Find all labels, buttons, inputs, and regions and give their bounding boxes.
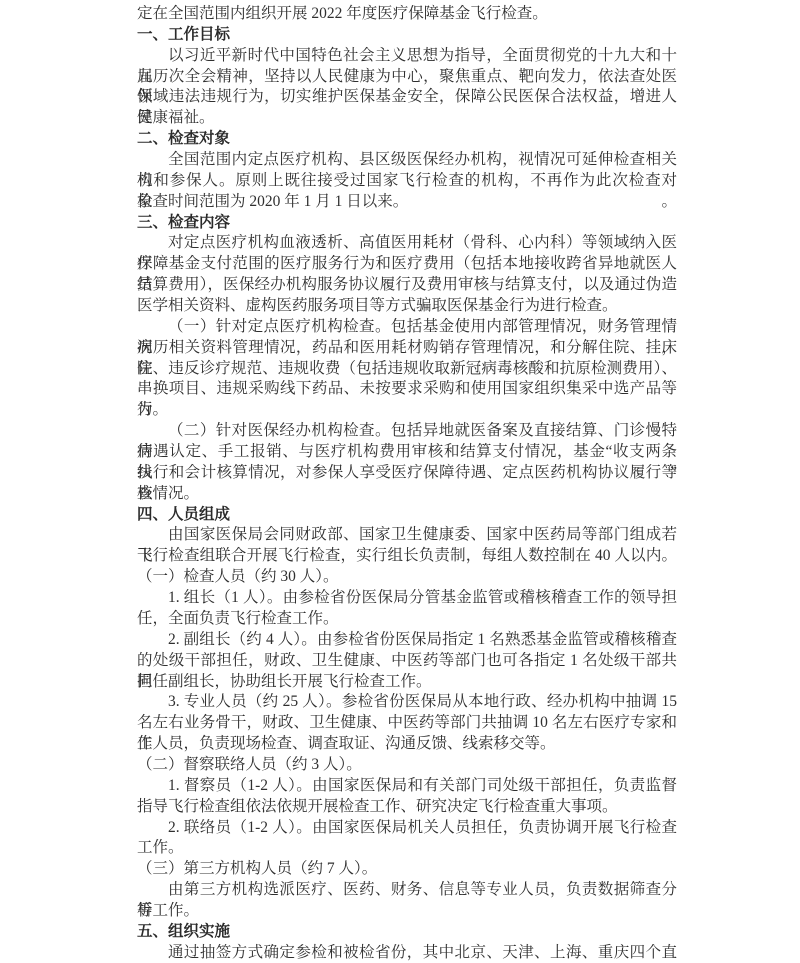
document-body: 定在全国范围内组织开展 2022 年度医疗保障基金飞行检查。一、工作目标以习近平…: [137, 4, 677, 963]
text-line: 指导飞行检查组依法依规开展检查工作、研究决定飞行检查重大事项。: [137, 797, 677, 818]
text-line: （三）第三方机构人员（约 7 人）。: [137, 859, 677, 880]
text-line: 领域违法违规行为，切实维护医保基金安全，保障公民医保合法权益，增进人民: [137, 87, 677, 108]
text-line: 名左右业务骨干，财政、卫生健康、中医药等部门共抽调 10 名左右医疗专家和工: [137, 713, 677, 734]
text-line: （一）检查人员（约 30 人）。: [137, 567, 677, 588]
document-page: 定在全国范围内组织开展 2022 年度医疗保障基金飞行检查。一、工作目标以习近平…: [0, 0, 800, 963]
text-line: 全国范围内定点医疗机构、县区级医保经办机构，视情况可延伸检查相关机: [137, 150, 677, 171]
text-line: 院、违反诊疗规范、违规收费（包括违规收取新冠病毒核酸和抗原检测费用）、: [137, 359, 677, 380]
text-line: 由第三方机构选派医疗、医药、财务、信息等专业人员，负责数据筛查分析: [137, 880, 677, 901]
text-line: 通过抽签方式确定参检和被检省份，其中北京、天津、上海、重庆四个直辖: [137, 943, 677, 963]
text-line: 2. 副组长（约 4 人）。由参检省份医保局指定 1 名熟悉基金监管或稽核稽查: [137, 630, 677, 651]
text-line: 保障基金支付范围的医疗服务行为和医疗费用（包括本地接收跨省异地就医人员: [137, 254, 677, 275]
text-line: 的处级干部担任，财政、卫生健康、中医药等部门也可各指定 1 名处级干部共同: [137, 651, 677, 672]
text-line: 定在全国范围内组织开展 2022 年度医疗保障基金飞行检查。: [137, 4, 677, 25]
text-line: 2. 联络员（1-2 人）。由国家医保局机关人员担任，负责协调开展飞行检查: [137, 818, 677, 839]
text-line: 1. 组长（1 人）。由参检省份医保局分管基金监管或稽核稽查工作的领导担: [137, 588, 677, 609]
text-line: 查情况。: [137, 484, 677, 505]
text-line: 结算费用），医保经办机构服务协议履行及费用审核与结算支付，以及通过伪造: [137, 275, 677, 296]
section-heading: 四、人员组成: [137, 505, 677, 526]
section-heading: 三、检查内容: [137, 213, 677, 234]
text-line: （二）督察联络人员（约 3 人）。: [137, 755, 677, 776]
text-line: 病历相关资料管理情况，药品和医用耗材购销存管理情况，和分解住院、挂床住: [137, 338, 677, 359]
text-line: 工作。: [137, 838, 677, 859]
text-line: 届历次全会精神，坚持以人民健康为中心，聚焦重点、靶向发力，依法查处医保: [137, 67, 677, 88]
text-line: 以习近平新时代中国特色社会主义思想为指导，全面贯彻党的十九大和十九: [137, 46, 677, 67]
text-line: 待遇认定、手工报销、与医疗机构费用审核和结算支付情况，基金“收支两条线”: [137, 442, 677, 463]
text-line: 执行和会计核算情况，对参保人享受医疗保障待遇、定点医药机构协议履行等核: [137, 463, 677, 484]
text-line: （一）针对定点医疗机构检查。包括基金使用内部管理情况，财务管理情况，: [137, 317, 677, 338]
text-line: 担任副组长，协助组长开展飞行检查工作。: [137, 672, 677, 693]
text-line: 1. 督察员（1-2 人）。由国家医保局和有关部门司处级干部担任，负责监督: [137, 776, 677, 797]
text-line: 健康福祉。: [137, 108, 677, 129]
text-line: 对定点医疗机构血液透析、高值医用耗材（骨科、心内科）等领域纳入医疗: [137, 233, 677, 254]
text-line: 由国家医保局会同财政部、国家卫生健康委、国家中医药局等部门组成若干: [137, 525, 677, 546]
section-heading: 一、工作目标: [137, 25, 677, 46]
text-line: 飞行检查组联合开展飞行检查，实行组长负责制，每组人数控制在 40 人以内。: [137, 546, 677, 567]
text-line: 构和参保人。原则上既往接受过国家飞行检查的机构，不再作为此次检查对象。: [137, 171, 677, 192]
text-line: 医学相关资料、虚构医药服务项目等方式骗取医保基金行为进行检查。: [137, 296, 677, 317]
section-heading: 五、组织实施: [137, 922, 677, 943]
section-heading: 二、检查对象: [137, 129, 677, 150]
text-line: 3. 专业人员（约 25 人）。参检省份医保局从本地行政、经办机构中抽调 15: [137, 692, 677, 713]
text-line: 等工作。: [137, 901, 677, 922]
text-line: 串换项目、违规采购线下药品、未按要求采购和使用国家组织集采中选产品等行: [137, 379, 677, 400]
text-line: （二）针对医保经办机构检查。包括异地就医备案及直接结算、门诊慢特病: [137, 421, 677, 442]
text-line: 任，全面负责飞行检查工作。: [137, 609, 677, 630]
text-line: 作人员，负责现场检查、调查取证、沟通反馈、线索移交等。: [137, 734, 677, 755]
text-line: 为。: [137, 400, 677, 421]
